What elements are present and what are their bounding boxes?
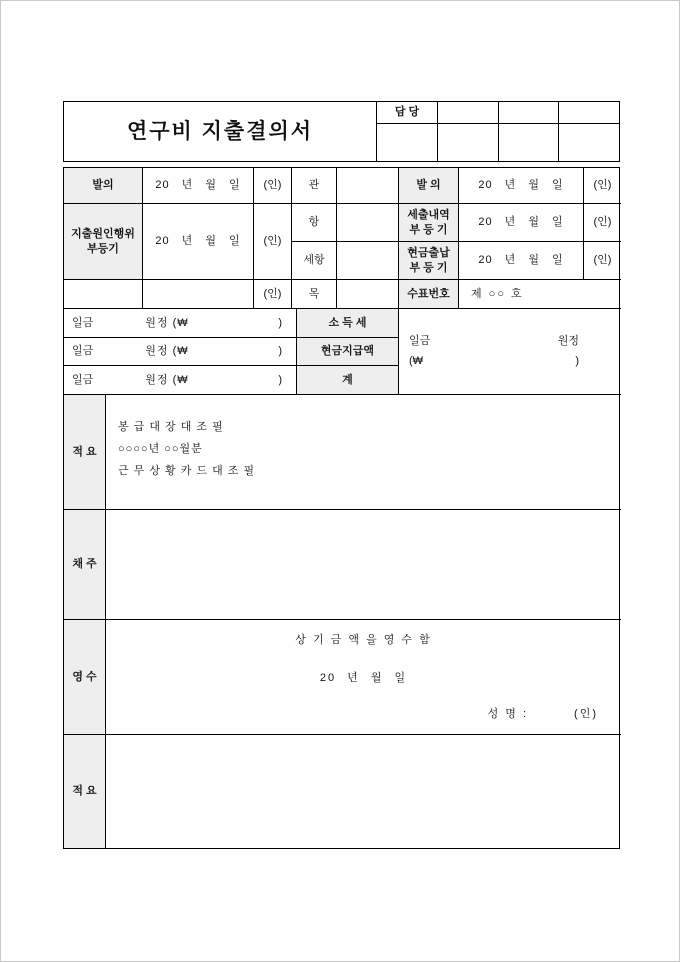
remark-line-1: 봉 급 대 장 대 조 필 bbox=[118, 416, 224, 438]
expense-register-seal-cell: (인) bbox=[584, 204, 621, 242]
propose-right-seal-cell: (인) bbox=[584, 168, 621, 204]
income-tax-amount-cell: 일금 원정 (₩ ) bbox=[64, 309, 297, 338]
manager-sign-cell-2 bbox=[438, 124, 499, 162]
receipt-date: 20 년 월 일 bbox=[106, 671, 621, 686]
grand-total-line1: 일금 원정 bbox=[409, 332, 579, 352]
check-number-label-cell: 수표번호 bbox=[399, 280, 459, 309]
grand-total-prefix: 일금 bbox=[409, 332, 430, 352]
grand-total-currency-open: (₩ bbox=[409, 352, 423, 372]
check-number-value-cell: 제 ○○ 호 bbox=[459, 280, 621, 309]
blank-date-cell bbox=[143, 280, 254, 309]
income-tax-label-cell: 소 득 세 bbox=[297, 309, 399, 338]
remark-line-3: 근 무 상 황 카 드 대 조 필 bbox=[118, 460, 255, 482]
total-amount-cell: 일금 원정 (₩ ) bbox=[64, 366, 297, 395]
receipt-seal: (인) bbox=[574, 707, 598, 722]
propose-right-date-cell: 20 년 월 일 bbox=[459, 168, 584, 204]
amount-prefix: 일금 bbox=[72, 373, 93, 388]
manager-sign-cell-1 bbox=[377, 124, 438, 162]
manager-empty-cell-2 bbox=[499, 102, 559, 124]
form-title: 연구비 지출결의서 bbox=[64, 102, 377, 162]
remark-line-2: ○○○○년 ○○월분 bbox=[118, 438, 203, 460]
code-mok-value-cell bbox=[337, 280, 399, 309]
blank-label-cell bbox=[64, 280, 143, 309]
grand-total-suffix: 원정 bbox=[558, 332, 579, 352]
remark-content-cell: 봉 급 대 장 대 조 필 ○○○○년 ○○월분 근 무 상 황 카 드 대 조… bbox=[106, 395, 621, 510]
propose-right-label-cell: 발 의 bbox=[399, 168, 459, 204]
cause-act-seal-cell: (인) bbox=[254, 204, 292, 280]
code-hang-value-cell bbox=[337, 204, 399, 242]
expense-register-label-line2: 부 등 기 bbox=[410, 223, 448, 238]
cash-register-seal-cell: (인) bbox=[584, 242, 621, 280]
manager-sign-cell-3 bbox=[499, 124, 559, 162]
cash-register-label-line1: 현금출납 bbox=[407, 246, 450, 261]
manager-empty-cell-1 bbox=[438, 102, 499, 124]
amount-currency-open: 원정 (₩ bbox=[145, 344, 188, 359]
cause-act-label-cell: 지출원인행위 부등기 bbox=[64, 204, 143, 280]
manager-empty-cell-3 bbox=[559, 102, 619, 124]
amount-currency-open: 원정 (₩ bbox=[145, 316, 188, 331]
cash-register-label-cell: 현금출납 부 등 기 bbox=[399, 242, 459, 280]
amount-prefix: 일금 bbox=[72, 344, 93, 359]
expense-resolution-form: 연구비 지출결의서 담 당 발의 20 년 월 일 (인) 관 발 의 20 년… bbox=[63, 101, 620, 849]
cause-act-date-cell: 20 년 월 일 bbox=[143, 204, 254, 280]
manager-label-cell: 담 당 bbox=[377, 102, 438, 124]
expense-register-label-cell: 세출내역 부 등 기 bbox=[399, 204, 459, 242]
manager-sign-cell-4 bbox=[559, 124, 619, 162]
extra-seal-cell: (인) bbox=[254, 280, 292, 309]
propose-left-date-cell: 20 년 월 일 bbox=[143, 168, 254, 204]
cause-act-label-line2: 부등기 bbox=[87, 242, 119, 257]
propose-left-label-cell: 발의 bbox=[64, 168, 143, 204]
remark-label-cell: 적 요 bbox=[64, 395, 106, 510]
code-hang-label-cell: 항 bbox=[292, 204, 337, 242]
document-page: 연구비 지출결의서 담 당 발의 20 년 월 일 (인) 관 발 의 20 년… bbox=[0, 0, 680, 962]
receipt-statement: 상 기 금 액 을 영 수 함 bbox=[106, 633, 621, 648]
creditor-content-cell bbox=[106, 510, 621, 620]
remark2-label-cell: 적 요 bbox=[64, 735, 106, 848]
header-table: 연구비 지출결의서 담 당 bbox=[63, 101, 620, 162]
cash-paid-label-cell: 현금지급액 bbox=[297, 338, 399, 366]
receipt-name-label: 성 명 : bbox=[488, 707, 528, 722]
grand-total-cell: 일금 원정 (₩ ) bbox=[399, 309, 621, 395]
total-label-cell: 계 bbox=[297, 366, 399, 395]
expense-register-label-line1: 세출내역 bbox=[407, 208, 450, 223]
cash-register-date-cell: 20 년 월 일 bbox=[459, 242, 584, 280]
receipt-label-cell: 영 수 bbox=[64, 620, 106, 735]
amount-currency-close: ) bbox=[278, 373, 282, 388]
code-gwan-value-cell bbox=[337, 168, 399, 204]
amount-currency-open: 원정 (₩ bbox=[145, 373, 188, 388]
code-gwan-label-cell: 관 bbox=[292, 168, 337, 204]
code-sehang-value-cell bbox=[337, 242, 399, 280]
grand-total-currency-close: ) bbox=[575, 352, 579, 372]
cause-act-label-line1: 지출원인행위 bbox=[71, 227, 135, 242]
receipt-signature-row: 성 명 : (인) bbox=[106, 707, 621, 722]
propose-left-seal-cell: (인) bbox=[254, 168, 292, 204]
cash-register-label-line2: 부 등 기 bbox=[410, 261, 448, 276]
cash-paid-amount-cell: 일금 원정 (₩ ) bbox=[64, 338, 297, 366]
remark2-content-cell bbox=[106, 735, 621, 848]
expense-register-date-cell: 20 년 월 일 bbox=[459, 204, 584, 242]
grand-total-line2: (₩ ) bbox=[409, 352, 579, 372]
code-mok-label-cell: 목 bbox=[292, 280, 337, 309]
receipt-content-cell: 상 기 금 액 을 영 수 함 20 년 월 일 성 명 : (인) bbox=[106, 620, 621, 735]
amount-currency-close: ) bbox=[278, 344, 282, 359]
amount-currency-close: ) bbox=[278, 316, 282, 331]
creditor-label-cell: 채 주 bbox=[64, 510, 106, 620]
amount-prefix: 일금 bbox=[72, 316, 93, 331]
code-sehang-label-cell: 세항 bbox=[292, 242, 337, 280]
body-table: 발의 20 년 월 일 (인) 관 발 의 20 년 월 일 (인) 지출원인행… bbox=[63, 167, 620, 849]
